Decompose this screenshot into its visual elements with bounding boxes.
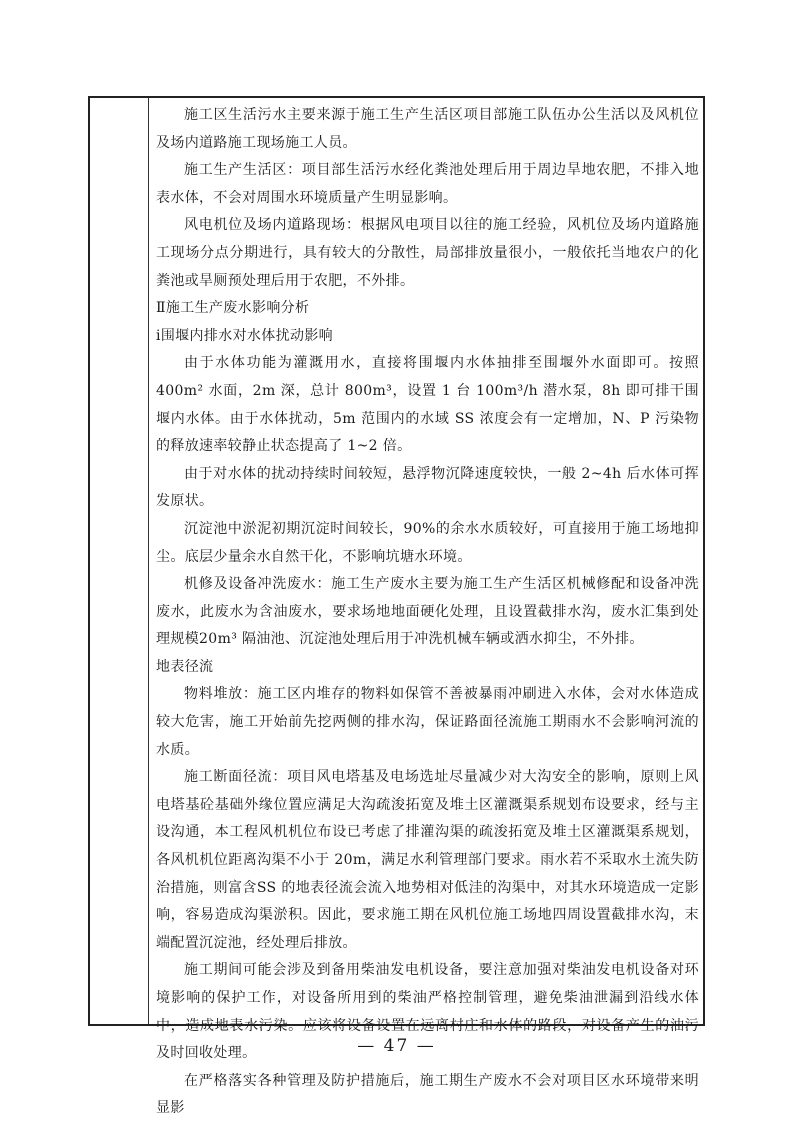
table-left-column bbox=[90, 98, 149, 1024]
paragraph-equipment-washing: 机修及设备冲洗废水：施工生产废水主要为施工生产生活区机械修配和设备冲洗废水，此废… bbox=[150, 571, 699, 654]
heading-cofferdam-drainage: ⅰ围堰内排水对水体扰动影响 bbox=[150, 323, 699, 351]
paragraph-disturbance-duration: 由于对水体的扰动持续时间较短，悬浮物沉降速度较快，一般 2~4h 后水体可挥发原… bbox=[150, 461, 699, 516]
paragraph-turbine-site: 风电机位及场内道路现场：根据风电项目以往的施工经验，风机位及场内道路施工现场分点… bbox=[150, 212, 699, 295]
paragraph-cofferdam-pumping: 由于水体功能为灌溉用水，直接将围堰内水体抽排至围堰外水面即可。按照400m² 水… bbox=[150, 350, 699, 460]
paragraph-material-storage: 物料堆放：施工区内堆存的物料如保管不善被暴雨冲刷进入水体，会对水体造成较大危害，… bbox=[150, 681, 699, 764]
paragraph-sedimentation-tank: 沉淀池中淤泥初期沉淀时间较长，90%的余水水质较好，可直接用于施工场地抑尘。底层… bbox=[150, 516, 699, 571]
heading-production-wastewater: Ⅱ施工生产废水影响分析 bbox=[150, 295, 699, 323]
page-number: — 47 — bbox=[0, 1036, 793, 1056]
table-content-cell: 施工区生活污水主要来源于施工生产生活区项目部施工队伍办公生活以及风机位及场内道路… bbox=[150, 102, 699, 1122]
heading-surface-runoff: 地表径流 bbox=[150, 654, 699, 682]
content-table: 施工区生活污水主要来源于施工生产生活区项目部施工队伍办公生活以及风机位及场内道路… bbox=[88, 96, 705, 1026]
paragraph-conclusion: 在严格落实各种管理及防护措施后，施工期生产废水不会对项目区水环境带来明显影 bbox=[150, 1068, 699, 1122]
paragraph-living-area: 施工生产生活区：项目部生活污水经化粪池处理后用于周边旱地农肥，不排入地表水体，不… bbox=[150, 157, 699, 212]
paragraph-domestic-sewage-source: 施工区生活污水主要来源于施工生产生活区项目部施工队伍办公生活以及风机位及场内道路… bbox=[150, 102, 699, 157]
paragraph-construction-runoff: 施工断面径流：项目风电塔基及电场选址尽量减少对大沟安全的影响，原则上风电塔基砼基… bbox=[150, 764, 699, 957]
